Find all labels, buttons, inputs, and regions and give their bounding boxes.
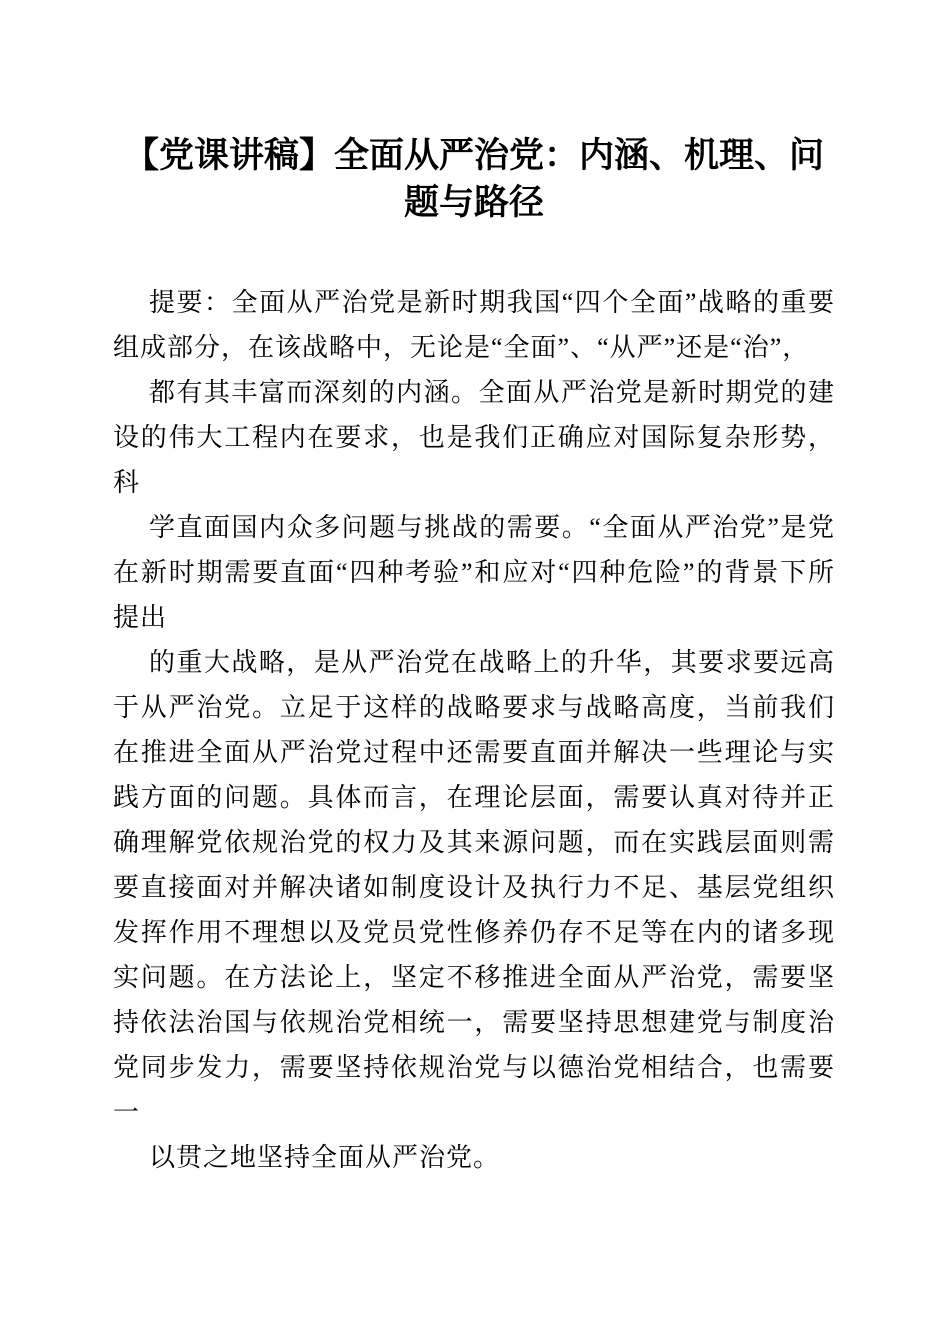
paragraph-abstract-2: 都有其丰富而深刻的内涵。全面从严治党是新时期党的建设的伟大工程内在要求，也是我们… [113,370,835,505]
document-body: 提要：全面从严治党是新时期我国“四个全面”战略的重要组成部分，在该战略中，无论是… [113,280,835,1180]
paragraph-abstract-1: 提要：全面从严治党是新时期我国“四个全面”战略的重要组成部分，在该战略中，无论是… [113,280,835,370]
document-page: 【党课讲稿】全面从严治党：内涵、机理、问题与路径 提要：全面从严治党是新时期我国… [0,0,950,1344]
paragraph-abstract-4: 的重大战略，是从严治党在战略上的升华，其要求要远高于从严治党。立足于这样的战略要… [113,640,835,1135]
paragraph-abstract-3: 学直面国内众多问题与挑战的需要。“全面从严治党”是党在新时期需要直面“四种考验”… [113,505,835,640]
document-title: 【党课讲稿】全面从严治党：内涵、机理、问题与路径 [113,132,835,226]
paragraph-abstract-5: 以贯之地坚持全面从严治党。 [113,1135,835,1180]
